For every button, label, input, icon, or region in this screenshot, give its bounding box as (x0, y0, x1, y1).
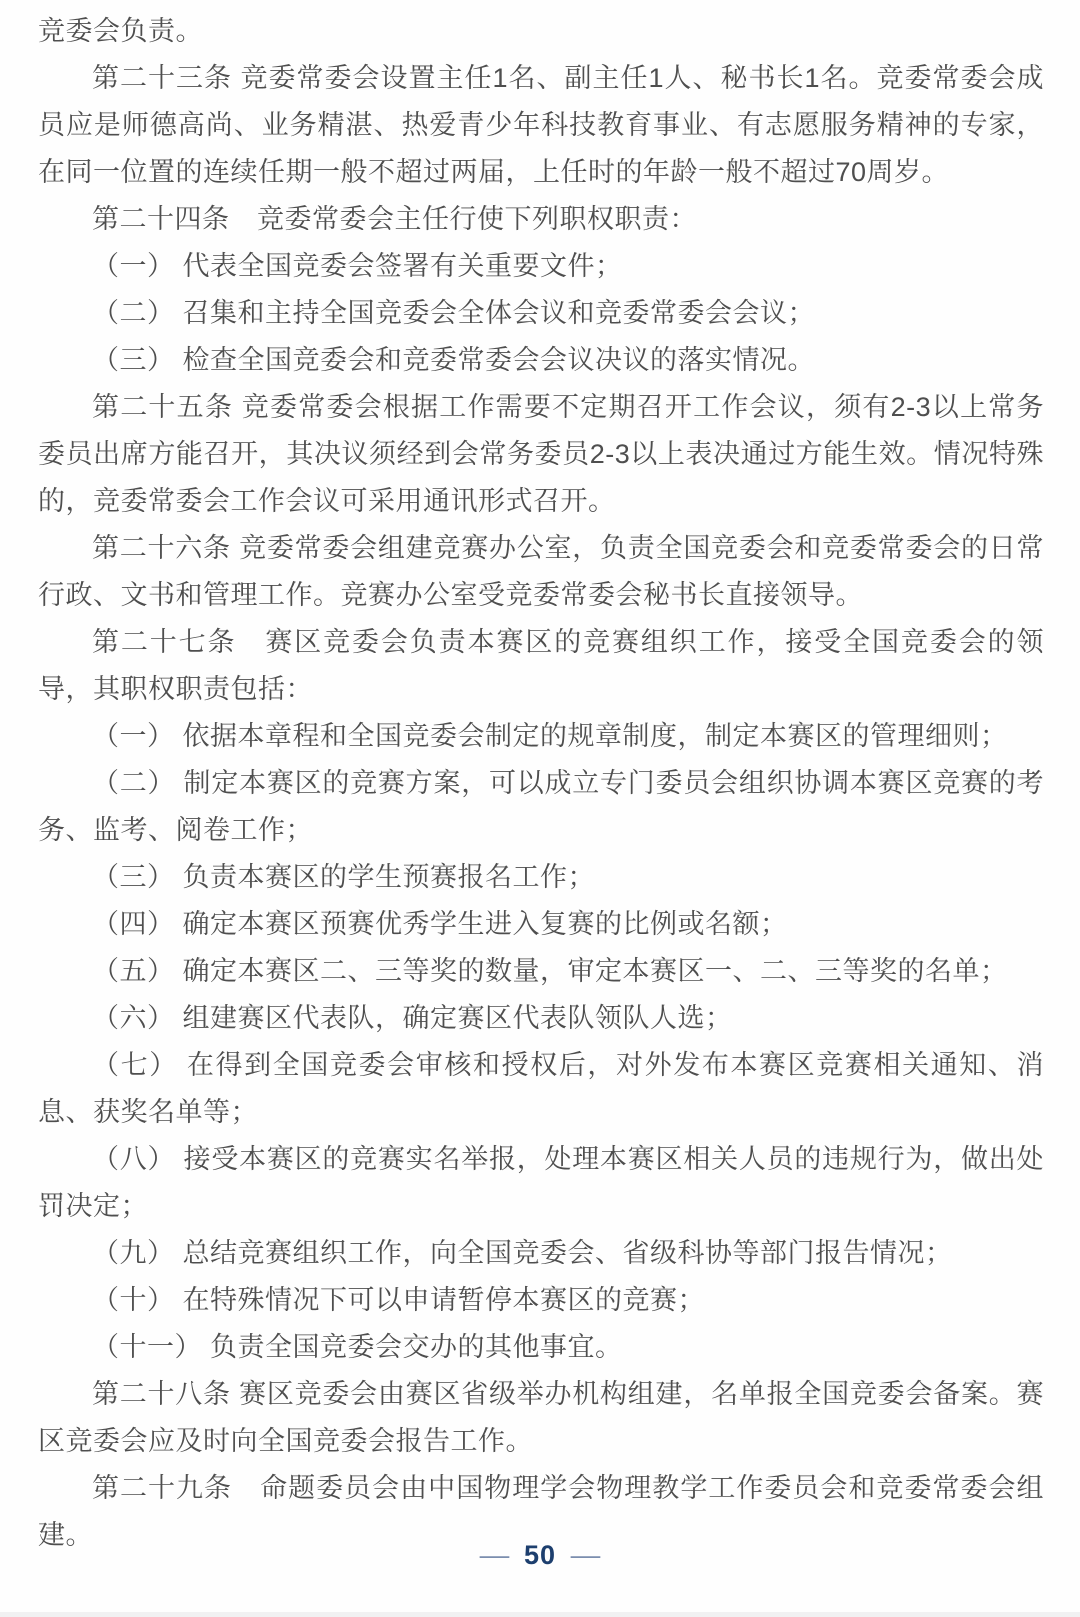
paragraph: （十一） 负责全国竞委会交办的其他事宜。 (38, 1324, 1044, 1371)
paragraph: 第二十三条 竞委常委会设置主任1名、副主任1人、秘书长1名。竞委常委会成员应是师… (38, 55, 1044, 196)
paragraph: （十） 在特殊情况下可以申请暂停本赛区的竞赛； (38, 1277, 1044, 1324)
paragraph: （九） 总结竞赛组织工作，向全国竞委会、省级科协等部门报告情况； (38, 1230, 1044, 1277)
footer-dash-right: — (571, 1540, 601, 1571)
paragraph: （一） 依据本章程和全国竞委会制定的规章制度，制定本赛区的管理细则； (38, 713, 1044, 760)
paragraph: （八） 接受本赛区的竞赛实名举报，处理本赛区相关人员的违规行为，做出处罚决定； (38, 1136, 1044, 1230)
document-page: 竞委会负责。第二十三条 竞委常委会设置主任1名、副主任1人、秘书长1名。竞委常委… (0, 0, 1080, 1617)
paragraph: （三） 检查全国竞委会和竞委常委会会议决议的落实情况。 (38, 337, 1044, 384)
paragraph: （六） 组建赛区代表队，确定赛区代表队领队人选； (38, 995, 1044, 1042)
paragraph: （四） 确定本赛区预赛优秀学生进入复赛的比例或名额； (38, 901, 1044, 948)
paragraph: （二） 制定本赛区的竞赛方案，可以成立专门委员会组织协调本赛区竞赛的考务、监考、… (38, 760, 1044, 854)
document-content: 竞委会负责。第二十三条 竞委常委会设置主任1名、副主任1人、秘书长1名。竞委常委… (38, 8, 1044, 1559)
paragraph: （三） 负责本赛区的学生预赛报名工作； (38, 854, 1044, 901)
paragraph: 竞委会负责。 (38, 8, 1044, 55)
page-number: 50 (524, 1540, 556, 1571)
paragraph: 第二十八条 赛区竞委会由赛区省级举办机构组建，名单报全国竞委会备案。赛区竞委会应… (38, 1371, 1044, 1465)
paragraph: （一） 代表全国竞委会签署有关重要文件； (38, 243, 1044, 290)
paragraph: 第二十七条 赛区竞委会负责本赛区的竞赛组织工作，接受全国竞委会的领导，其职权职责… (38, 619, 1044, 713)
paragraph: （五） 确定本赛区二、三等奖的数量，审定本赛区一、二、三等奖的名单； (38, 948, 1044, 995)
footer-dash-left: — (480, 1540, 510, 1571)
page-bottom-edge (0, 1612, 1080, 1617)
paragraph: 第二十六条 竞委常委会组建竞赛办公室，负责全国竞委会和竞委常委会的日常行政、文书… (38, 525, 1044, 619)
paragraph: 第二十五条 竞委常委会根据工作需要不定期召开工作会议，须有2-3以上常务委员出席… (38, 384, 1044, 525)
paragraph: （二） 召集和主持全国竞委会全体会议和竞委常委会会议； (38, 290, 1044, 337)
paragraph: （七） 在得到全国竞委会审核和授权后，对外发布本赛区竞赛相关通知、消息、获奖名单… (38, 1042, 1044, 1136)
page-footer: — 50 — (0, 1540, 1080, 1571)
paragraph: 第二十四条 竞委常委会主任行使下列职权职责： (38, 196, 1044, 243)
